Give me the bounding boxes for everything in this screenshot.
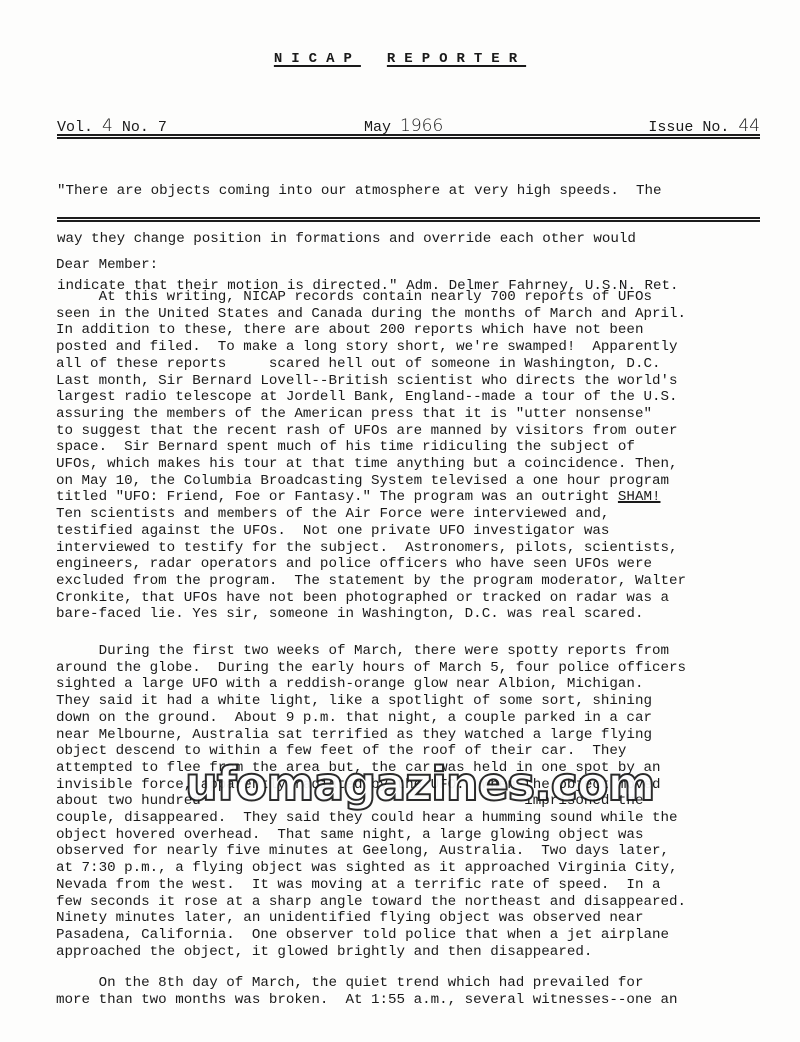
issue-date: May 1966	[364, 116, 443, 136]
text-line: bare-faced lie. Yes sir, someone in Wash…	[56, 606, 776, 623]
text-line: invisible force, apparently radiated by …	[56, 777, 776, 794]
text-line: all of these reports scared hell out of …	[56, 356, 776, 373]
text-line: During the first two weeks of March, the…	[56, 643, 776, 660]
text-line: Nevada from the west. It was moving at a…	[56, 877, 776, 894]
text-line: sighted a large UFO with a reddish-orang…	[56, 676, 776, 693]
text-line: Last month, Sir Bernard Lovell--British …	[56, 373, 776, 390]
issue-value: 44	[738, 116, 760, 136]
text-line: UFOs, which makes his tour at that time …	[56, 456, 776, 473]
text-line: posted and filed. To make a long story s…	[56, 339, 776, 356]
masthead-word-nicap: NICAP	[274, 51, 361, 67]
text-line: approached the object, it glowed brightl…	[56, 944, 776, 961]
text-line: titled "UFO: Friend, Foe or Fantasy." Th…	[56, 489, 776, 506]
text-line: more than two months was broken. At 1:55…	[56, 992, 776, 1009]
text-line: near Melbourne, Australia sat terrified …	[56, 727, 776, 744]
paragraph-2: During the first two weeks of March, the…	[56, 643, 776, 960]
text-line: interviewed to testify for the subject. …	[56, 540, 776, 557]
masthead-word-reporter: REPORTER	[387, 51, 526, 67]
header-divider	[57, 134, 760, 139]
text-line: object hovered overhead. That same night…	[56, 827, 776, 844]
text-line: few seconds it rose at a sharp angle tow…	[56, 894, 776, 911]
issue-line: Vol. 4 No. 7 May 1966 Issue No. 44	[57, 116, 760, 136]
text-line: On the 8th day of March, the quiet trend…	[56, 975, 776, 992]
quote-divider	[57, 217, 760, 222]
masthead-title: NICAPREPORTER	[0, 51, 800, 67]
text-line: seen in the United States and Canada dur…	[56, 306, 776, 323]
volume-number: Vol. 4 No. 7	[57, 116, 167, 136]
text-line: At this writing, NICAP records contain n…	[56, 289, 776, 306]
text-line: largest radio telescope at Jordell Bank,…	[56, 389, 776, 406]
newsletter-page: NICAPREPORTER Vol. 4 No. 7 May 1966 Issu…	[0, 0, 800, 1042]
text-line: space. Sir Bernard spent much of his tim…	[56, 439, 776, 456]
text-line: Pasadena, California. One observer told …	[56, 927, 776, 944]
text-line: object descend to within a few feet of t…	[56, 743, 776, 760]
text-line: Ten scientists and members of the Air Fo…	[56, 506, 776, 523]
text-line: testified against the UFOs. Not one priv…	[56, 523, 776, 540]
text-line: excluded from the program. The statement…	[56, 573, 776, 590]
text-line: attempted to flee from the area but, the…	[56, 760, 776, 777]
text-line: In addition to these, there are about 20…	[56, 322, 776, 339]
quote-line: "There are objects coming into our atmos…	[57, 184, 777, 200]
letter-greeting: Dear Member:	[56, 257, 776, 274]
issue-number: Issue No. 44	[648, 116, 760, 136]
text-line: Ninety minutes later, an unidentified fl…	[56, 910, 776, 927]
text-line: observed for nearly five minutes at Geel…	[56, 843, 776, 860]
quote-line: way they change position in formations a…	[57, 232, 777, 248]
text-line: about two hundred imprisoned the	[56, 793, 776, 810]
sham-emphasis: SHAM!	[618, 489, 661, 505]
text-line: down on the ground. About 9 p.m. that ni…	[56, 710, 776, 727]
text-line: They said it had a white light, like a s…	[56, 693, 776, 710]
text-line: to suggest that the recent rash of UFOs …	[56, 423, 776, 440]
volume-value: 4	[102, 116, 113, 136]
text-line: at 7:30 p.m., a flying object was sighte…	[56, 860, 776, 877]
text-line: assuring the members of the American pre…	[56, 406, 776, 423]
text-line: couple, disappeared. They said they coul…	[56, 810, 776, 827]
issue-year: 1966	[400, 116, 443, 136]
text-line: on May 10, the Columbia Broadcasting Sys…	[56, 473, 776, 490]
text-line: Cronkite, that UFOs have not been photog…	[56, 590, 776, 607]
text-line: engineers, radar operators and police of…	[56, 556, 776, 573]
paragraph-3: On the 8th day of March, the quiet trend…	[56, 975, 776, 1008]
paragraph-1: At this writing, NICAP records contain n…	[56, 289, 776, 623]
text-line: around the globe. During the early hours…	[56, 660, 776, 677]
